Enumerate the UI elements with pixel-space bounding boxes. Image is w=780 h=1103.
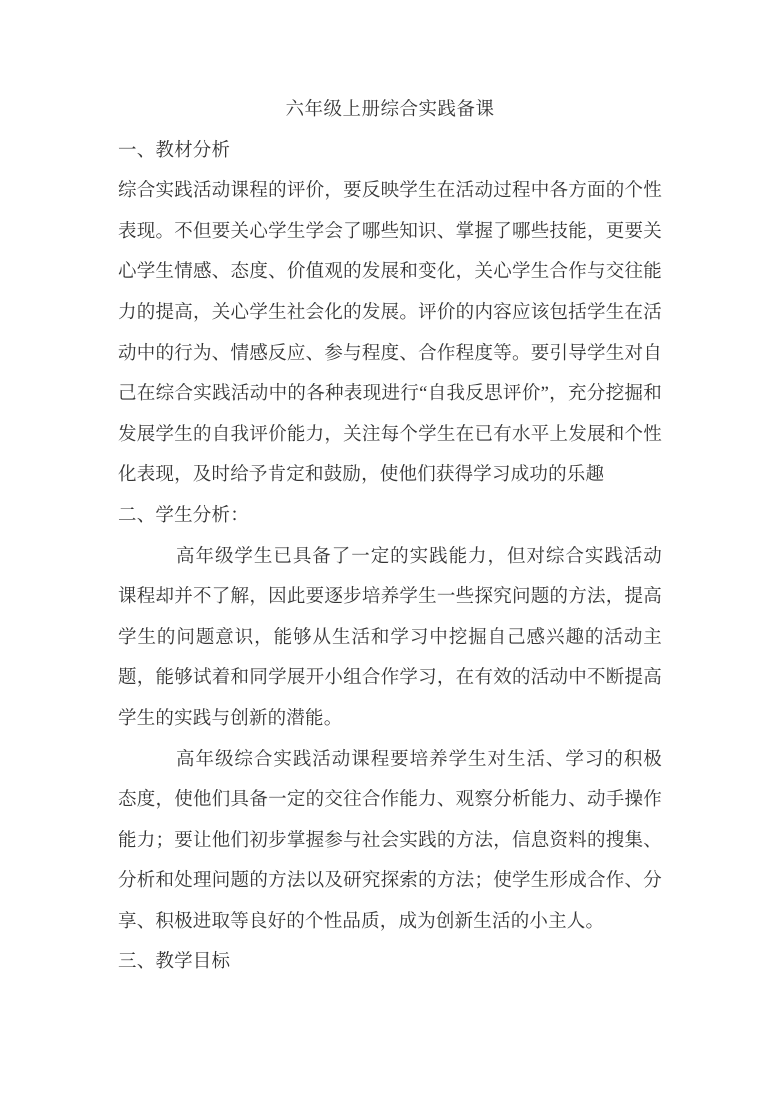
- paragraph-student-analysis-2: 高年级综合实践活动课程要培养学生对生活、学习的积极态度，使他们具备一定的交往合作…: [118, 740, 662, 943]
- section-heading-student-analysis: 二、学生分析：: [118, 496, 662, 537]
- paragraph-material-analysis: 综合实践活动课程的评价，要反映学生在活动过程中各方面的个性表现。不但要关心学生学…: [118, 171, 662, 496]
- document-content: 六年级上册综合实践备课 一、教材分析 综合实践活动课程的评价，要反映学生在活动过…: [0, 0, 780, 983]
- document-page: 六年级上册综合实践备课 一、教材分析 综合实践活动课程的评价，要反映学生在活动过…: [0, 0, 780, 1103]
- section-heading-material-analysis: 一、教材分析: [118, 131, 662, 172]
- section-heading-teaching-goals: 三、教学目标: [118, 942, 662, 983]
- document-title: 六年级上册综合实践备课: [118, 90, 662, 131]
- paragraph-student-analysis-1: 高年级学生已具备了一定的实践能力，但对综合实践活动课程却并不了解，因此要逐步培养…: [118, 537, 662, 740]
